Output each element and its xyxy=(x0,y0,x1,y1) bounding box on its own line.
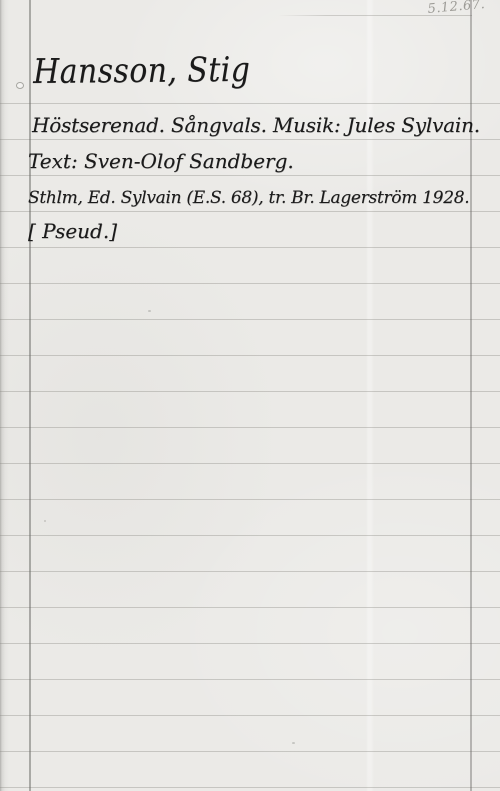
date-note-pencil: 5.12.67. xyxy=(427,0,486,17)
card-text-line-title: Höstserenad. Sångvals. Musik: Jules Sylv… xyxy=(32,115,480,135)
punch-hole-mark xyxy=(16,82,24,89)
card-text-line-lyricist: Text: Sven-Olof Sandberg. xyxy=(28,151,294,171)
card-heading: Hansson, Stig xyxy=(33,53,250,89)
paper-speck xyxy=(148,310,151,312)
left-margin-line xyxy=(29,0,31,791)
catalog-card: 5.12.67. Hansson, Stig Höstserenad. Sång… xyxy=(0,0,500,791)
card-text-line-pseud: [ Pseud.] xyxy=(28,221,117,241)
ruled-lines xyxy=(0,68,500,791)
paper-speck xyxy=(292,742,295,744)
card-text-line-imprint: Sthlm, Ed. Sylvain (E.S. 68), tr. Br. La… xyxy=(28,190,469,207)
paper-speck xyxy=(44,520,46,522)
